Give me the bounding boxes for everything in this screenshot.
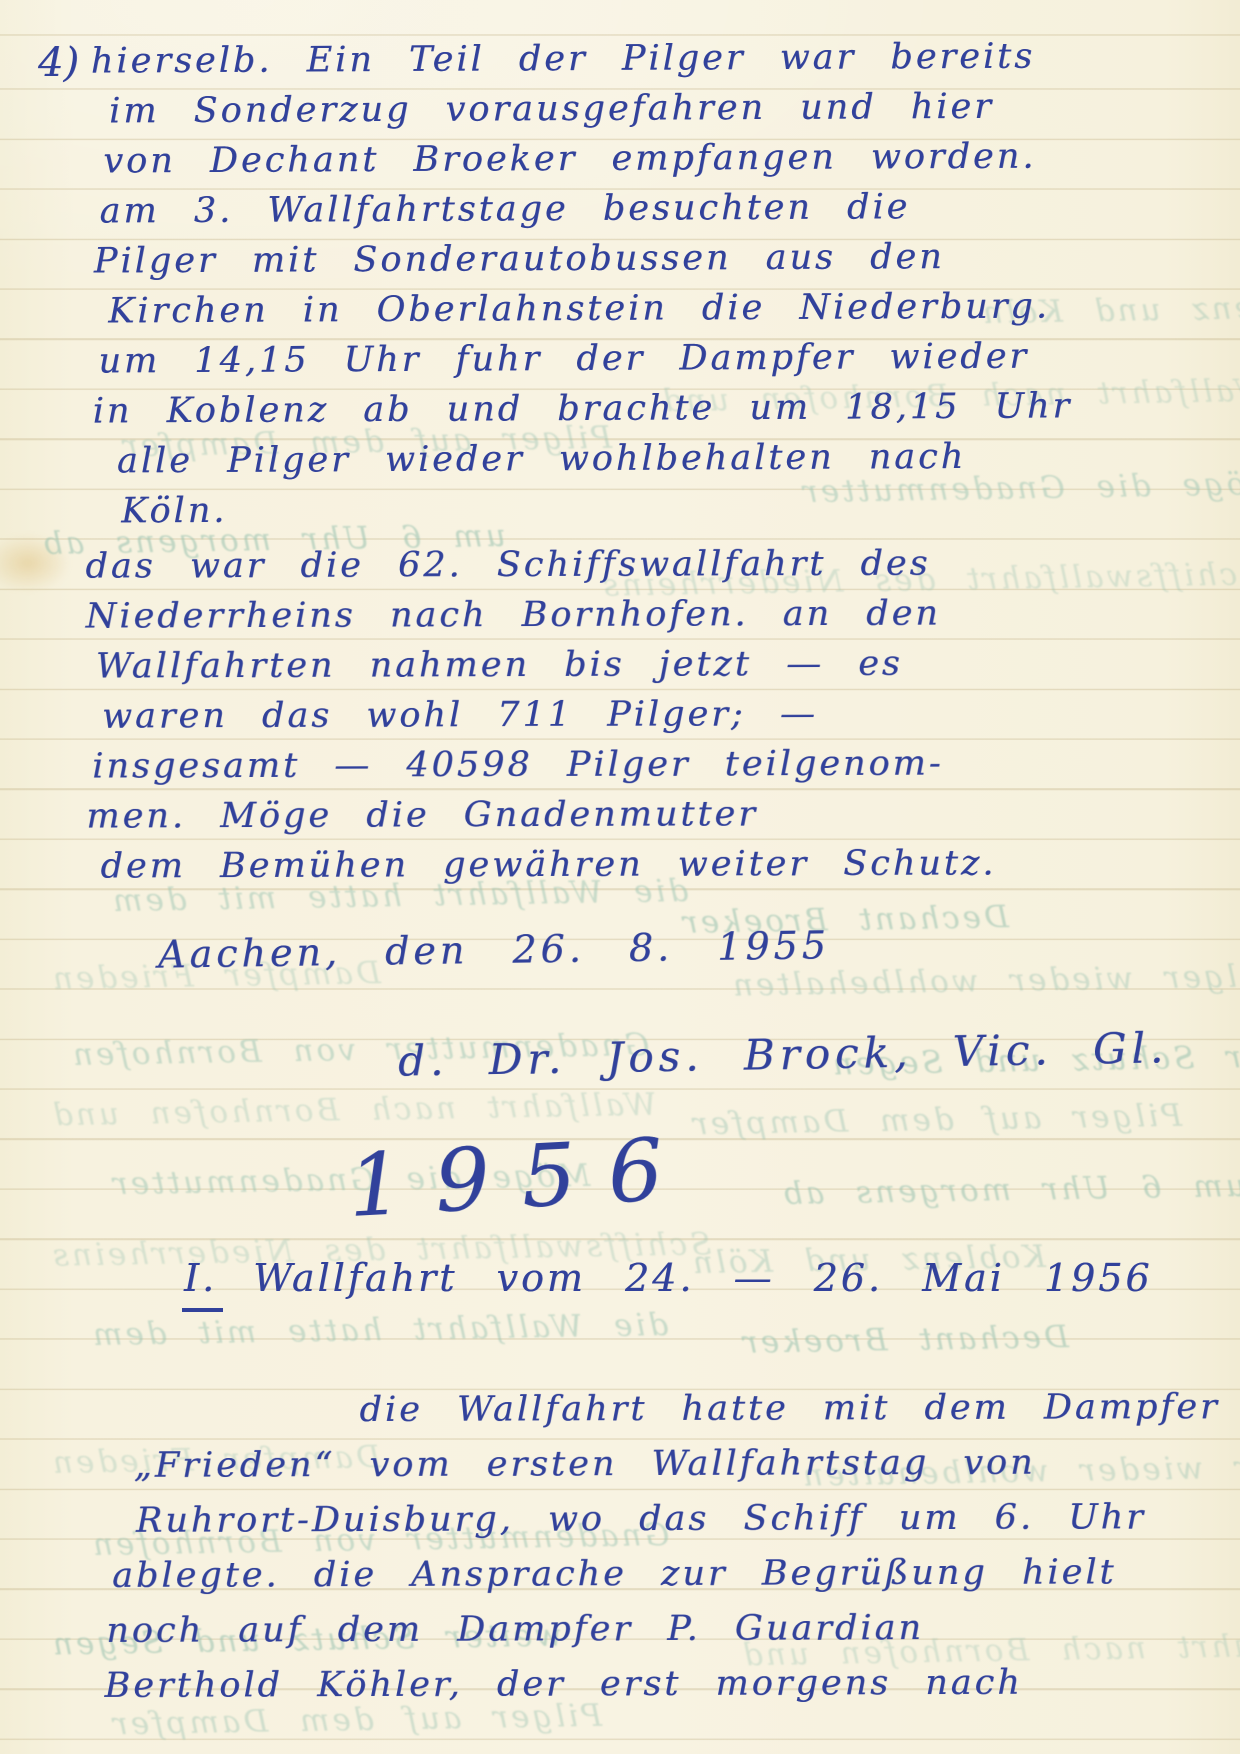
handwriting-line: um 14,15 Uhr fuhr der Dampfer wieder bbox=[98, 331, 1072, 386]
handwriting-line: Pilger mit Sonderautobussen aus den bbox=[94, 231, 1072, 286]
handwriting-line: am 3. Wallfahrtstage besuchten die bbox=[99, 181, 1071, 236]
handwriting-line: Köln. bbox=[121, 481, 1073, 536]
bleed-through-line: Pilger auf dem Dampfer bbox=[690, 1098, 1183, 1143]
place-date-line: Aachen, den 26. 8. 1955 bbox=[158, 923, 830, 976]
section-heading: I.Wallfahrt vom 24. — 26. Mai 1956 bbox=[182, 1256, 1153, 1312]
handwriting-line: hierselb. Ein Teil der Pilger war bereit… bbox=[91, 31, 1071, 86]
year-heading: 1956 bbox=[346, 1119, 698, 1237]
handwriting-line: in Koblenz ab und brachte um 18,15 Uhr bbox=[93, 381, 1073, 436]
handwriting-line: ablegte. die Ansprache zur Begrüßung hie… bbox=[112, 1545, 1220, 1604]
paragraph-2: das war die 62. Schiffswallfahrt desNied… bbox=[85, 538, 996, 891]
handwriting-line: waren das wohl 711 Pilger; — bbox=[102, 688, 996, 741]
handwriting-line: im Sonderzug vorausgefahren und hier bbox=[109, 81, 1071, 136]
handwriting-line: men. Möge die Gnadenmutter bbox=[86, 788, 996, 841]
handwriting-line: Wallfahrten nahmen bis jetzt — es bbox=[96, 638, 996, 691]
bleed-through-line: um 6 Uhr morgens ab bbox=[780, 1168, 1240, 1212]
handwriting-line: Niederrheins nach Bornhofen. an den bbox=[86, 588, 996, 641]
list-item-marker: 4) bbox=[38, 40, 79, 86]
section-heading-text: Wallfahrt vom 24. — 26. Mai 1956 bbox=[253, 1256, 1153, 1300]
handwriting-line: dem Bemühen gewähren weiter Schutz. bbox=[100, 838, 996, 891]
handwriting-line: von Dechant Broeker empfangen worden. bbox=[103, 131, 1071, 186]
handwriting-line: Ruhrort-Duisburg, wo das Schiff um 6. Uh… bbox=[136, 1490, 1220, 1549]
handwriting-line: alle Pilger wieder wohlbehalten nach bbox=[117, 431, 1073, 486]
handwriting-line: noch auf dem Dampfer P. Guardian bbox=[106, 1600, 1220, 1659]
handwriting-line: die Wallfahrt hatte mit dem Dampfer bbox=[359, 1380, 1219, 1438]
handwriting-line: „Frieden“ vom ersten Wallfahrtstag von bbox=[134, 1435, 1220, 1494]
handwriting-line: insgesamt — 40598 Pilger teilgenom- bbox=[92, 738, 996, 791]
handwritten-page: Wallfahrt nach Bornhofen undPilger auf d… bbox=[0, 0, 1240, 1754]
bleed-through-line: Dechant Broeker bbox=[740, 1319, 1069, 1361]
paragraph-3: die Wallfahrt hatte mit dem Dampfer„Frie… bbox=[103, 1380, 1220, 1714]
handwriting-line: das war die 62. Schiffswallfahrt des bbox=[85, 538, 995, 591]
handwriting-line: Kirchen in Oberlahnstein die Niederburg. bbox=[108, 281, 1072, 336]
bleed-through-line: die Wallfahrt hatte mit dem bbox=[90, 1307, 669, 1353]
paragraph-1: hierselb. Ein Teil der Pilger war bereit… bbox=[91, 31, 1073, 536]
section-heading-numeral: I. bbox=[182, 1256, 223, 1312]
handwriting-line: Berthold Köhler, der erst morgens nach bbox=[104, 1655, 1220, 1714]
